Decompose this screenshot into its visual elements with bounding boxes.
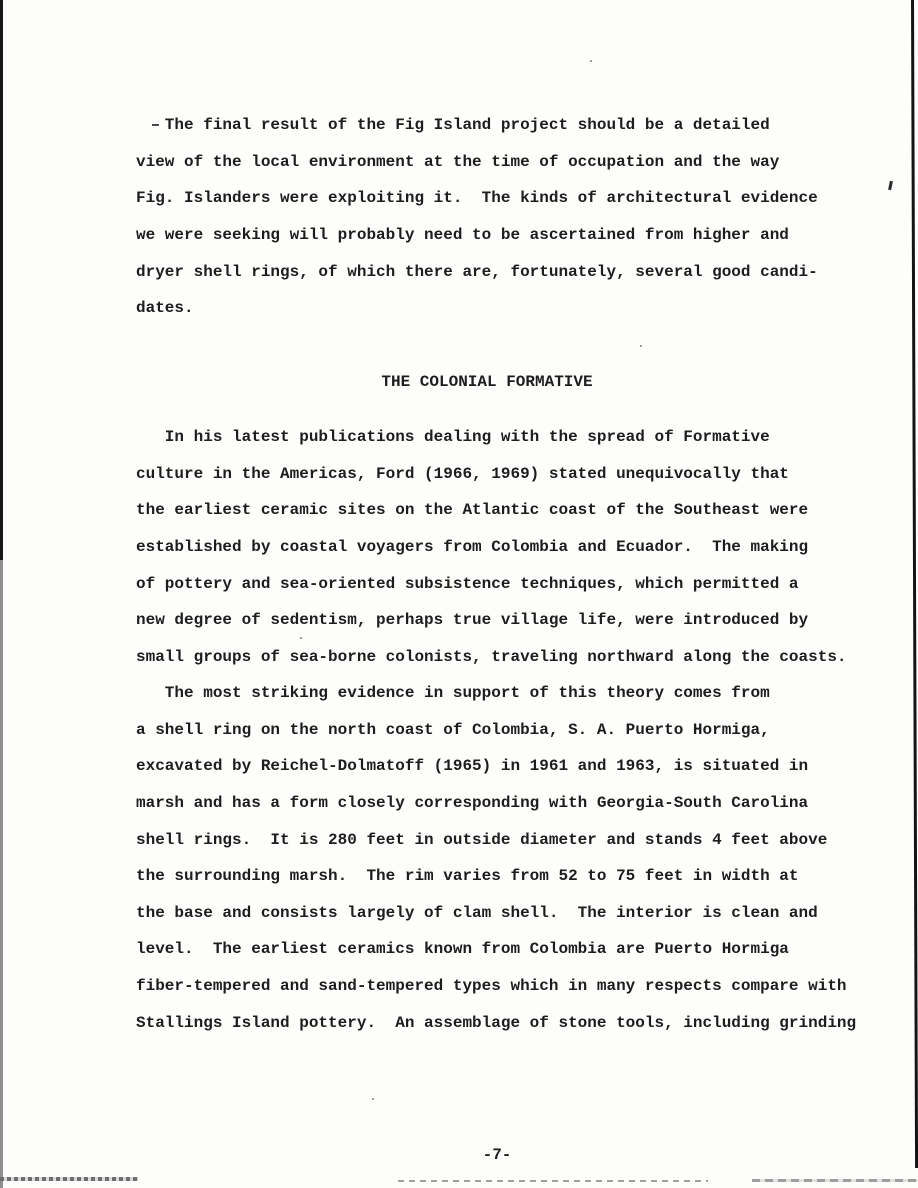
scan-dust-speck (372, 1098, 374, 1100)
text-line: we were seeking will probably need to be… (136, 217, 876, 254)
paragraph-puerto-hormiga: The most striking evidence in support of… (136, 675, 876, 1041)
scan-bottom-speckle-right (752, 1179, 918, 1182)
scan-bottom-speckle-middle (398, 1180, 708, 1182)
text-line: the base and consists largely of clam sh… (136, 895, 876, 932)
text-line: the earliest ceramic sites on the Atlant… (136, 492, 876, 529)
paragraph-fig-island: The final result of the Fig Island proje… (136, 107, 876, 327)
text-line: shell rings. It is 280 feet in outside d… (136, 822, 876, 859)
text-line: established by coastal voyagers from Col… (136, 529, 876, 566)
scan-edge-strip-left-gray (0, 560, 3, 1188)
scan-fleck-mark (888, 181, 893, 190)
scan-dust-speck (640, 345, 642, 347)
page-number: -7- (483, 1137, 512, 1174)
text-line: dates. (136, 290, 876, 327)
scan-edge-line-right (911, 0, 918, 1168)
text-line: Stallings Island pottery. An assemblage … (136, 1005, 876, 1042)
text-line: culture in the Americas, Ford (1966, 196… (136, 456, 876, 493)
scanned-typescript-page: The final result of the Fig Island proje… (0, 0, 918, 1188)
text-line: of pottery and sea-oriented subsistence … (136, 566, 876, 603)
section-heading: THE COLONIAL FORMATIVE (381, 364, 592, 401)
text-line: level. The earliest ceramics known from … (136, 931, 876, 968)
text-line: small groups of sea-borne colonists, tra… (136, 639, 876, 676)
text-line: the surrounding marsh. The rim varies fr… (136, 858, 876, 895)
scan-dust-speck (590, 60, 592, 62)
text-line: excavated by Reichel-Dolmatoff (1965) in… (136, 748, 876, 785)
scan-edge-strip-left-dark (0, 0, 3, 560)
text-line: The most striking evidence in support of… (136, 675, 876, 712)
text-line: fiber-tempered and sand-tempered types w… (136, 968, 876, 1005)
text-line: marsh and has a form closely correspondi… (136, 785, 876, 822)
text-line: view of the local environment at the tim… (136, 144, 876, 181)
text-line: a shell ring on the north coast of Colom… (136, 712, 876, 749)
scan-fleck-dash (152, 124, 159, 126)
text-line: In his latest publications dealing with … (136, 419, 876, 456)
paragraph-colonial-formative-intro: In his latest publications dealing with … (136, 419, 876, 675)
text-line: Fig. Islanders were exploiting it. The k… (136, 180, 876, 217)
text-line: dryer shell rings, of which there are, f… (136, 254, 876, 291)
section-heading-container: THE COLONIAL FORMATIVE (128, 364, 846, 401)
page-number-container: -7- (138, 1137, 856, 1174)
scan-bottom-speckle-left (0, 1177, 138, 1181)
text-line: new degree of sedentism, perhaps true vi… (136, 602, 876, 639)
scan-dust-speck (300, 637, 302, 639)
text-line: The final result of the Fig Island proje… (136, 107, 876, 144)
